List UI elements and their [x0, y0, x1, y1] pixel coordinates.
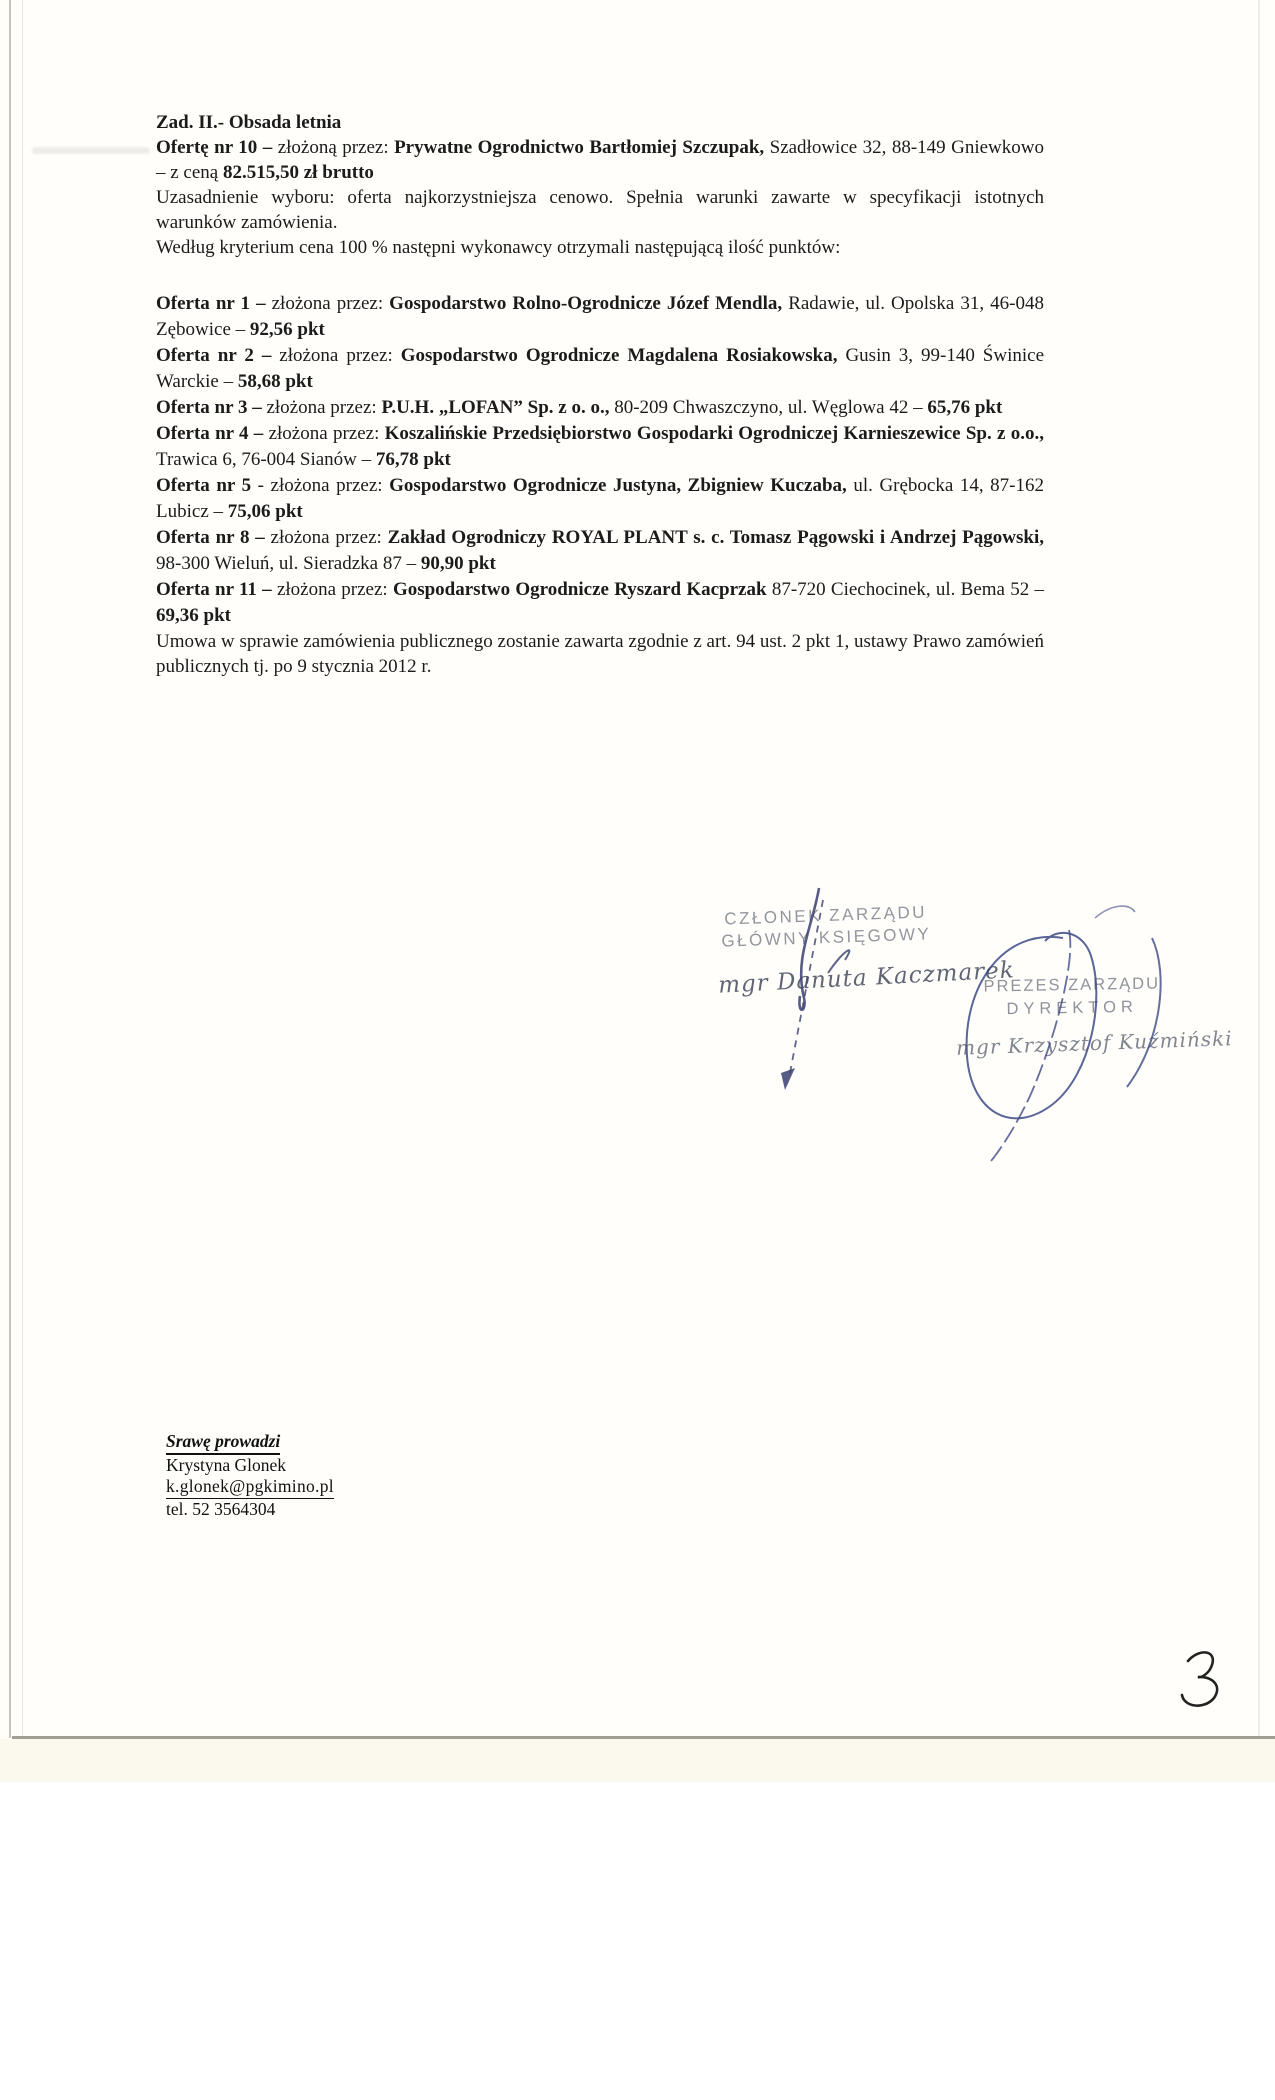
signature-danuta-kaczmarek: mgr Danuta Kaczmarek	[718, 957, 1016, 999]
contact-email: k.glonek@pgkimino.pl	[166, 1476, 334, 1499]
offer-line: Oferta nr 5 - złożona przez: Gospodarstw…	[156, 473, 1044, 525]
offer-line: Oferta nr 11 – złożona przez: Gospodarst…	[156, 577, 1044, 629]
scan-bottom-band	[0, 1739, 1275, 1782]
offer-line: Oferta nr 2 – złożona przez: Gospodarstw…	[156, 343, 1044, 395]
justification-paragraph: Uzasadnienie wyboru: oferta najkorzystni…	[156, 185, 1044, 235]
offers-list: Oferta nr 1 – złożona przez: Gospodarstw…	[156, 291, 1044, 629]
signature-arrowhead	[781, 1068, 795, 1090]
page-number-3	[1182, 1652, 1217, 1705]
stamp-president-director: PREZES ZARZĄDU DYREKTOR	[978, 972, 1167, 1021]
page-left-edge-line	[9, 0, 11, 1738]
award-paragraph: Ofertę nr 10 – złożoną przez: Prywatne O…	[156, 135, 1044, 185]
contact-heading: Srawę prowadzi	[166, 1431, 280, 1455]
offer-line: Oferta nr 1 – złożona przez: Gospodarstw…	[156, 291, 1044, 343]
criteria-line: Według kryterium cena 100 % następni wyk…	[156, 235, 1044, 260]
page-right-edge-line	[1258, 0, 1260, 1738]
offer-line: Oferta nr 8 – złożona przez: Zakład Ogro…	[156, 525, 1044, 577]
page-left-edge-line-faint	[22, 0, 23, 1738]
stamp-line: DYREKTOR	[978, 995, 1166, 1021]
signature-krzysztof-kuzminski: mgr Krzysztof Kuźmiński	[956, 1026, 1233, 1060]
offer-line: Oferta nr 4 – złożona przez: Koszaliński…	[156, 421, 1044, 473]
closing-paragraph: Umowa w sprawie zamówienia publicznego z…	[156, 629, 1044, 679]
document-body: Zad. II.- Obsada letnia Ofertę nr 10 – z…	[156, 110, 1044, 679]
signature-top-curve	[1095, 906, 1135, 918]
scan-smudge	[32, 147, 150, 154]
stamp-board-member-chief-accountant: CZŁONEK ZARZĄDU GŁÓWNY KSIĘGOWY	[711, 901, 940, 953]
footer-contact-block: Srawę prowadzi Krystyna Glonek k.glonek@…	[166, 1431, 334, 1520]
section-title: Zad. II.- Obsada letnia	[156, 110, 1044, 135]
contact-phone: tel. 52 3564304	[166, 1499, 334, 1521]
stamp-line: PREZES ZARZĄDU	[978, 972, 1166, 998]
offer-line: Oferta nr 3 – złożona przez: P.U.H. „LOF…	[156, 395, 1044, 421]
scanned-document-page: Zad. II.- Obsada letnia Ofertę nr 10 – z…	[0, 0, 1275, 1740]
contact-name: Krystyna Glonek	[166, 1455, 334, 1477]
